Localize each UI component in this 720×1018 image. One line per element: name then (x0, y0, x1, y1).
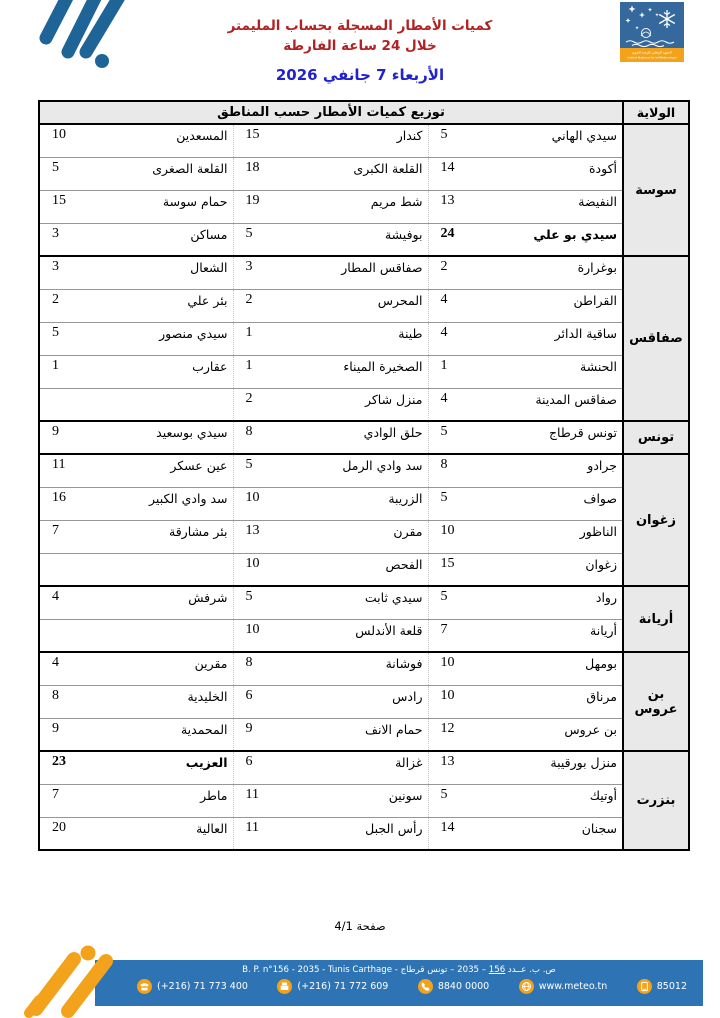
contact-label: (+216) 71 773 400 (157, 981, 248, 992)
address-arabic: ص. ب. عــدد 156 – 2035 – تونس قرطاج (401, 965, 556, 975)
distribution-header: توزيع كميات الأمطار حسب المناطق (39, 101, 623, 124)
address-latin: B. P. n°156 - 2035 - Tunis Carthage - (242, 965, 400, 975)
table-row: زغوانجرادو8سد وادي الرمل5عين عسكر11 (39, 454, 689, 487)
region-name-cell: أوتيك (492, 784, 623, 817)
rain-value-cell: 4 (428, 388, 492, 421)
region-name-cell: العالية (103, 817, 233, 850)
region-name-cell (103, 388, 233, 421)
region-name-cell: سيدي بوسعيد (103, 421, 233, 454)
region-name-cell: مرناق (492, 685, 623, 718)
region-name-cell: كندار (297, 124, 428, 157)
governorate-cell: صفاقس (623, 256, 689, 421)
rain-value-cell: 10 (233, 553, 297, 586)
region-name-cell: عقارب (103, 355, 233, 388)
table-row: زغوان15الفحص10 (39, 553, 689, 586)
rain-value-cell: 5 (233, 223, 297, 256)
rain-value-cell: 5 (428, 784, 492, 817)
region-name-cell: الخليدية (103, 685, 233, 718)
rain-value-cell: 6 (233, 751, 297, 784)
contact-label: 85012 (657, 981, 687, 992)
rain-value-cell: 9 (233, 718, 297, 751)
rain-value-cell: 14 (428, 157, 492, 190)
rain-value-cell: 8 (428, 454, 492, 487)
rain-value-cell: 7 (39, 520, 103, 553)
table-row: صفاقس المدينة4منزل شاكر2 (39, 388, 689, 421)
region-name-cell: الحنشة (492, 355, 623, 388)
rain-value-cell: 19 (233, 190, 297, 223)
contact-label: www.meteo.tn (539, 981, 608, 992)
rain-value-cell: 10 (233, 619, 297, 652)
region-name-cell: منزل شاكر (297, 388, 428, 421)
region-name-cell: عين عسكر (103, 454, 233, 487)
rain-table: الولاية توزيع كميات الأمطار حسب المناطق … (38, 100, 690, 851)
footer-bar: B. P. n°156 - 2035 - Tunis Carthage - ص.… (95, 960, 703, 1006)
rain-value-cell: 11 (233, 817, 297, 850)
governorate-cell: أريانة (623, 586, 689, 652)
table-row: الحنشة1الصخيرة الميناء1عقارب1 (39, 355, 689, 388)
contact-label: 8840 0000 (438, 981, 489, 992)
rain-value-cell: 10 (428, 520, 492, 553)
region-name-cell: صواف (492, 487, 623, 520)
rain-value-cell: 5 (233, 454, 297, 487)
region-name-cell: زغوان (492, 553, 623, 586)
contact-item: www.meteo.tn (519, 979, 608, 994)
region-name-cell: حلق الوادي (297, 421, 428, 454)
governorate-cell: سوسة (623, 124, 689, 256)
rain-value-cell: 5 (233, 586, 297, 619)
table-header-row: الولاية توزيع كميات الأمطار حسب المناطق (39, 101, 689, 124)
table-row: بنزرتمنزل بورقيبة13غزالة6العزيب23 (39, 751, 689, 784)
rain-value-cell: 5 (428, 586, 492, 619)
region-name-cell: بوفيشة (297, 223, 428, 256)
region-name-cell: الصخيرة الميناء (297, 355, 428, 388)
table-row: بن عروس12حمام الانف9المحمدية9 (39, 718, 689, 751)
rain-value-cell: 1 (39, 355, 103, 388)
region-name-cell: غزالة (297, 751, 428, 784)
rain-value-cell (39, 553, 103, 586)
rain-value-cell: 4 (39, 652, 103, 685)
globe-icon (519, 979, 534, 994)
governorate-cell: زغوان (623, 454, 689, 586)
rain-value-cell: 24 (428, 223, 492, 256)
rain-value-cell: 4 (428, 289, 492, 322)
rain-value-cell: 2 (428, 256, 492, 289)
rain-value-cell: 10 (428, 652, 492, 685)
region-name-cell: قلعة الأندلس (297, 619, 428, 652)
table-row: سجنان14رأس الجبل11العالية20 (39, 817, 689, 850)
table-row: أريانة7قلعة الأندلس10 (39, 619, 689, 652)
region-name-cell: سيدي منصور (103, 322, 233, 355)
rain-value-cell: 15 (233, 124, 297, 157)
governorate-cell: بنزرت (623, 751, 689, 850)
region-name-cell: سونين (297, 784, 428, 817)
region-name-cell: سجنان (492, 817, 623, 850)
governorate-header: الولاية (623, 101, 689, 124)
rain-value-cell: 1 (428, 355, 492, 388)
region-name-cell: العزيب (103, 751, 233, 784)
region-name-cell: مساكن (103, 223, 233, 256)
rain-value-cell: 1 (233, 355, 297, 388)
governorate-cell: تونس (623, 421, 689, 454)
rain-value-cell: 6 (233, 685, 297, 718)
rain-value-cell: 13 (233, 520, 297, 553)
region-name-cell: رادس (297, 685, 428, 718)
rain-value-cell: 18 (233, 157, 297, 190)
rain-value-cell (39, 619, 103, 652)
report-date: الأربعاء 7 جانفي 2026 (0, 66, 720, 84)
sms-icon (637, 979, 652, 994)
region-name-cell: سد وادي الكبير (103, 487, 233, 520)
region-name-cell: ساقية الدائر (492, 322, 623, 355)
region-name-cell: أكودة (492, 157, 623, 190)
region-name-cell: الزريبة (297, 487, 428, 520)
rain-value-cell: 3 (39, 256, 103, 289)
page-number: صفحة 4/1 (0, 919, 720, 933)
rain-value-cell: 4 (39, 586, 103, 619)
rain-value-cell: 20 (39, 817, 103, 850)
rain-value-cell: 7 (39, 784, 103, 817)
rain-value-cell: 3 (233, 256, 297, 289)
rain-value-cell: 10 (428, 685, 492, 718)
region-name-cell: سد وادي الرمل (297, 454, 428, 487)
table-row: القراطن4المحرس2بئر علي2 (39, 289, 689, 322)
rain-value-cell: 5 (39, 157, 103, 190)
table-row: بن عروسبومهل10فوشانة8مقرين4 (39, 652, 689, 685)
address-line: B. P. n°156 - 2035 - Tunis Carthage - ص.… (95, 960, 703, 975)
region-name-cell: الشعال (103, 256, 233, 289)
header-title-block: كميات الأمطار المسجلة بحساب المليمتر خلا… (0, 16, 720, 84)
region-name-cell: تونس قرطاج (492, 421, 623, 454)
rain-value-cell: 16 (39, 487, 103, 520)
rain-value-cell: 2 (233, 388, 297, 421)
rain-value-cell: 7 (428, 619, 492, 652)
table-row: سوسةسيدي الهاني5كندار15المسعدين10 (39, 124, 689, 157)
region-name-cell: المحرس (297, 289, 428, 322)
table-row: أوتيك5سونين11ماطر7 (39, 784, 689, 817)
region-name-cell: حمام سوسة (103, 190, 233, 223)
callcenter-icon (418, 979, 433, 994)
rain-value-cell: 11 (39, 454, 103, 487)
po-box-number: 156 (489, 965, 505, 975)
table-body: سوسةسيدي الهاني5كندار15المسعدين10أكودة14… (39, 124, 689, 850)
rain-value-cell: 2 (39, 289, 103, 322)
rain-value-cell: 13 (428, 190, 492, 223)
rain-value-cell: 8 (233, 421, 297, 454)
region-name-cell: بوغرارة (492, 256, 623, 289)
region-name-cell: شط مريم (297, 190, 428, 223)
region-name-cell: مقرين (103, 652, 233, 685)
table-row: صواف5الزريبة10سد وادي الكبير16 (39, 487, 689, 520)
region-name-cell: صفاقس المدينة (492, 388, 623, 421)
rain-value-cell (39, 388, 103, 421)
region-name-cell: أريانة (492, 619, 623, 652)
region-name-cell: رأس الجبل (297, 817, 428, 850)
region-name-cell: حمام الانف (297, 718, 428, 751)
region-name-cell: المسعدين (103, 124, 233, 157)
region-name-cell: القلعة الصغرى (103, 157, 233, 190)
footer-stripes-icon (22, 943, 157, 1018)
table-row: أريانةرواد5سيدي ثابت5شرفش4 (39, 586, 689, 619)
table-row: تونستونس قرطاج5حلق الوادي8سيدي بوسعيد9 (39, 421, 689, 454)
region-name-cell: ماطر (103, 784, 233, 817)
region-name-cell: صفاقس المطار (297, 256, 428, 289)
governorate-cell: بن عروس (623, 652, 689, 751)
rain-value-cell: 5 (428, 124, 492, 157)
region-name-cell: بن عروس (492, 718, 623, 751)
rain-value-cell: 3 (39, 223, 103, 256)
region-name-cell: القلعة الكبرى (297, 157, 428, 190)
rain-value-cell: 2 (233, 289, 297, 322)
rain-value-cell: 1 (233, 322, 297, 355)
rain-value-cell: 5 (428, 421, 492, 454)
region-name-cell: بومهل (492, 652, 623, 685)
report-title-line1: كميات الأمطار المسجلة بحساب المليمتر (0, 16, 720, 36)
region-name-cell: منزل بورقيبة (492, 751, 623, 784)
region-name-cell: سيدي ثابت (297, 586, 428, 619)
rain-value-cell: 11 (233, 784, 297, 817)
fax-icon (277, 979, 292, 994)
rain-value-cell: 13 (428, 751, 492, 784)
table-row: الناظور10مقرن13بئر مشارقة7 (39, 520, 689, 553)
region-name-cell: الفحص (297, 553, 428, 586)
contact-item: (+216) 71 772 609 (277, 979, 388, 994)
region-name-cell: سيدي الهاني (492, 124, 623, 157)
rain-value-cell: 5 (39, 322, 103, 355)
rain-value-cell: 23 (39, 751, 103, 784)
region-name-cell (103, 619, 233, 652)
region-name-cell: سيدي بو علي (492, 223, 623, 256)
rain-value-cell: 8 (233, 652, 297, 685)
region-name-cell: شرفش (103, 586, 233, 619)
region-name-cell (103, 553, 233, 586)
contact-label: (+216) 71 772 609 (297, 981, 388, 992)
region-name-cell: المحمدية (103, 718, 233, 751)
rain-value-cell: 10 (39, 124, 103, 157)
region-name-cell: النفيضة (492, 190, 623, 223)
rain-value-cell: 12 (428, 718, 492, 751)
rain-value-cell: 5 (428, 487, 492, 520)
table-row: سيدي بو علي24بوفيشة5مساكن3 (39, 223, 689, 256)
region-name-cell: القراطن (492, 289, 623, 322)
table-row: مرناق10رادس6الخليدية8 (39, 685, 689, 718)
table-row: النفيضة13شط مريم19حمام سوسة15 (39, 190, 689, 223)
region-name-cell: بئر مشارقة (103, 520, 233, 553)
rain-value-cell: 15 (428, 553, 492, 586)
report-title-line2: خلال 24 ساعة الفارطة (0, 36, 720, 56)
table-row: صفاقسبوغرارة2صفاقس المطار3الشعال3 (39, 256, 689, 289)
region-name-cell: مقرن (297, 520, 428, 553)
rain-value-cell: 10 (233, 487, 297, 520)
rainfall-bulletin-page: المعهد الوطني للرصد الجوي Institut Natio… (0, 0, 720, 1018)
rain-value-cell: 9 (39, 421, 103, 454)
contacts-row: (+216) 71 773 400(+216) 71 772 6098840 0… (95, 975, 703, 994)
rain-value-cell: 14 (428, 817, 492, 850)
rain-value-cell: 8 (39, 685, 103, 718)
region-name-cell: بئر علي (103, 289, 233, 322)
region-name-cell: جرادو (492, 454, 623, 487)
region-name-cell: رواد (492, 586, 623, 619)
region-name-cell: طينة (297, 322, 428, 355)
region-name-cell: الناظور (492, 520, 623, 553)
table-row: أكودة14القلعة الكبرى18القلعة الصغرى5 (39, 157, 689, 190)
table-row: ساقية الدائر4طينة1سيدي منصور5 (39, 322, 689, 355)
rain-value-cell: 9 (39, 718, 103, 751)
rain-value-cell: 15 (39, 190, 103, 223)
contact-item: 8840 0000 (418, 979, 489, 994)
region-name-cell: فوشانة (297, 652, 428, 685)
rain-value-cell: 4 (428, 322, 492, 355)
contact-item: 85012 (637, 979, 687, 994)
